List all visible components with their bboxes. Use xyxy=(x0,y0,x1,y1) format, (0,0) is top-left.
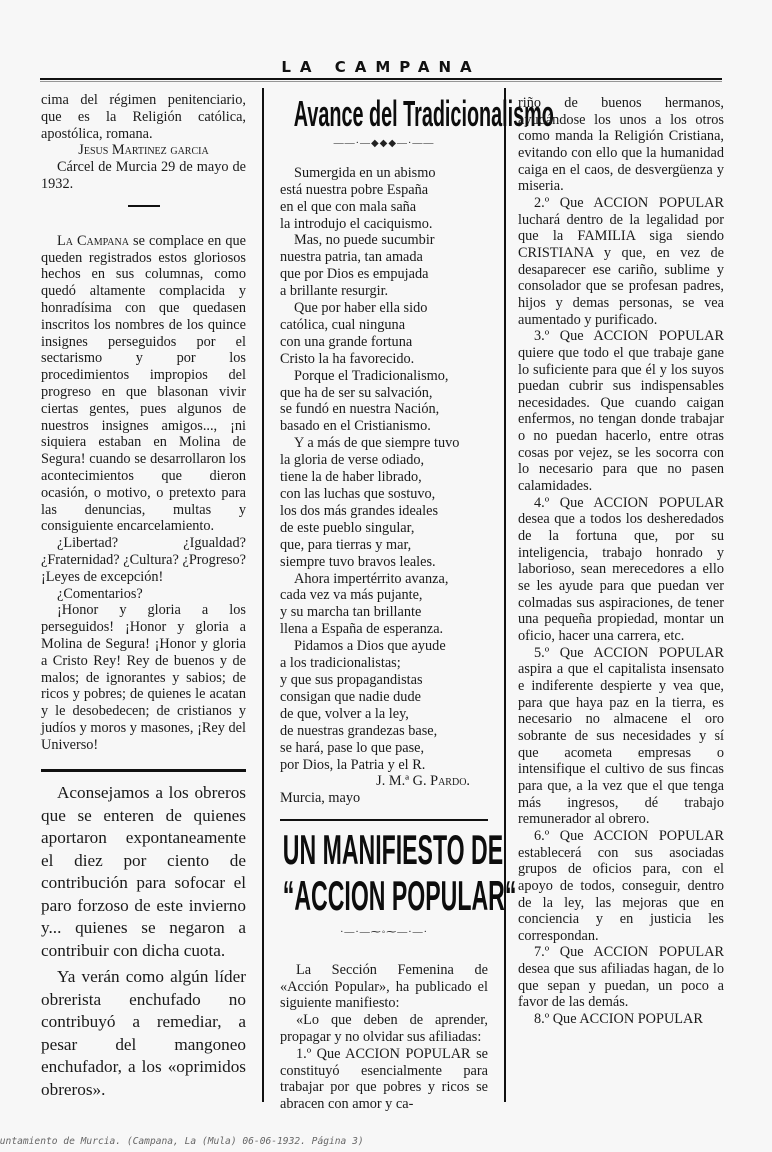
masthead-rule-secondary xyxy=(40,81,722,82)
stanza: Pidamos a Dios que ayude a los tradicion… xyxy=(280,638,488,773)
manifesto-point-3: 3.º Que ACCION POPULAR quiere que todo e… xyxy=(518,328,724,495)
archive-citation-footer: yuntamiento de Murcia. (Campana, La (Mul… xyxy=(0,1136,364,1147)
paragraph-honor: ¡Honor y gloria a los perseguidos! ¡Hono… xyxy=(41,602,246,753)
manifesto-point-4: 4.º Que ACCION POPULAR desea que a todos… xyxy=(518,495,724,645)
notice-paragraph-2: Ya verán como algún líder obrerista ench… xyxy=(41,966,246,1101)
stanza: Que por haber ella sido católica, cual n… xyxy=(280,300,488,368)
dateline: Cárcel de Murcia 29 de mayo de 1932. xyxy=(41,159,246,193)
column-2: Avance del Tradicionalismo ——·—◆◆◆—·—— S… xyxy=(280,94,488,1113)
column-divider-left xyxy=(262,88,264,1102)
paragraph-questions: ¿Libertad? ¿Igualdad? ¿Fraternidad? ¿Cul… xyxy=(41,535,246,585)
manifesto-point-6: 6.º Que ACCION POPULAR establecerá con s… xyxy=(518,828,724,945)
poem-signature: J. M.ª G. Pardo. xyxy=(280,773,488,790)
manifesto-point-7: 7.º Que ACCION POPULAR desea que sus afi… xyxy=(518,944,724,1011)
paragraph-comentarios: ¿Comentarios? xyxy=(41,586,246,603)
newspaper-masthead: LA CAMPANA xyxy=(40,58,722,76)
manifesto-point-1: 1.º Que ACCION POPULAR se constituyó ese… xyxy=(280,1046,488,1113)
stanza: Y a más de que siempre tuvo la gloria de… xyxy=(280,435,488,570)
poem-place: Murcia, mayo xyxy=(280,790,488,807)
article-separator xyxy=(280,819,488,821)
article-continuation: cima del régimen penitenciario, que es l… xyxy=(41,92,246,142)
column-1: cima del régimen penitenciario, que es l… xyxy=(41,92,246,1101)
box-rule xyxy=(41,769,246,772)
manifesto-point-8: 8.º Que ACCION POPULAR xyxy=(518,1011,724,1028)
article-title-line-1: UN MANIFIESTO DE xyxy=(283,827,485,873)
column-3: riño de buenos hermanos, ayudándose los … xyxy=(518,95,724,1028)
column-divider-right xyxy=(504,88,506,1102)
ornament-divider: ·—·—⁓◦⁓—·—· xyxy=(280,925,488,942)
paragraph-la-campana: La Campana se complace en que queden reg… xyxy=(41,233,246,535)
notice-paragraph-1: Aconsejamos a los obreros que se enteren… xyxy=(41,782,246,962)
stanza: Porque el Tradicionalismo, que ha de ser… xyxy=(280,368,488,436)
stanza: Mas, no puede sucumbir nuestra patria, t… xyxy=(280,232,488,300)
stanza: Ahora impertérrito avanza, cada vez va m… xyxy=(280,571,488,639)
article-title-line-2: “ACCION POPULAR“ xyxy=(283,873,485,919)
manifesto-intro: La Sección Femenina de «Acción Popular»,… xyxy=(280,962,488,1012)
manifesto-lead: «Lo que deben de aprender, propagar y no… xyxy=(280,1012,488,1046)
ornament-divider: ——·—◆◆◆—·—— xyxy=(280,136,488,153)
manifesto-point-2: 2.º Que ACCION POPULAR luchará dentro de… xyxy=(518,195,724,328)
manifesto-point-1-continued: riño de buenos hermanos, ayudándose los … xyxy=(518,95,724,195)
workers-notice: Aconsejamos a los obreros que se enteren… xyxy=(41,782,246,1101)
section-separator xyxy=(128,205,160,207)
author-signature: Jesus Martinez garcia xyxy=(41,142,246,159)
stanza: Sumergida en un abismo está nuestra pobr… xyxy=(280,165,488,233)
poem-title: Avance del Tradicionalismo xyxy=(294,94,474,134)
manifesto-point-5: 5.º Que ACCION POPULAR aspira a que el c… xyxy=(518,645,724,828)
poem-body: Sumergida en un abismo está nuestra pobr… xyxy=(280,165,488,774)
masthead-rule xyxy=(40,78,722,80)
paper-name: La Campana xyxy=(57,233,129,249)
